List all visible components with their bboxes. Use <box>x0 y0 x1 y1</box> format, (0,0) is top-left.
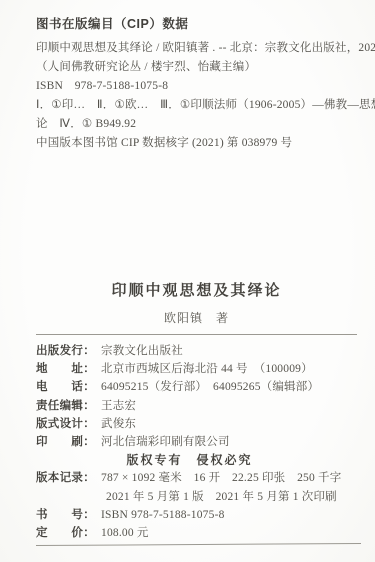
colophon-row-edition-record: 版本记录： 787 × 1092 毫米 16 开 22.25 印张 250 千字 <box>36 469 357 487</box>
colophon-row-address: 地 址： 北京市西城区后海北沿 44 号 （100009） <box>36 360 357 378</box>
row-value: 北京市西城区后海北沿 44 号 （100009） <box>101 360 313 378</box>
cip-block: 图书在版编目（CIP）数据 印顺中观思想及其绎论 / 欧阳镇著 . -- 北京：… <box>36 16 357 153</box>
cip-line-series: （人间佛教研究论丛 / 楼宇烈、怡藏主编） <box>36 58 357 77</box>
row-label: 电 话： <box>36 378 95 396</box>
colophon-row-printer: 印 刷： 河北信瑞彩印刷有限公司 <box>36 433 357 451</box>
copyright-notice: 版权专有 侵权必究 <box>36 451 357 469</box>
row-label: 印 刷： <box>36 433 95 451</box>
row-value: ISBN 978-7-5188-1075-8 <box>101 506 225 524</box>
row-label: 定 价： <box>36 524 95 542</box>
colophon-row-isbn: 书 号： ISBN 978-7-5188-1075-8 <box>36 506 357 524</box>
row-value: 787 × 1092 毫米 16 开 22.25 印张 250 千字 <box>101 469 341 487</box>
row-value: 108.00 元 <box>101 524 149 542</box>
row-value: 64095215（发行部） 64095265（编辑部） <box>101 378 319 396</box>
book-title: 印顺中观思想及其绎论 <box>36 279 357 300</box>
colophon-row-phone: 电 话： 64095215（发行部） 64095265（编辑部） <box>36 378 357 396</box>
cip-line-title: 印顺中观思想及其绎论 / 欧阳镇著 . -- 北京：宗教文化出版社，2021.2 <box>36 39 357 58</box>
title-block: 印顺中观思想及其绎论 欧阳镇 著 <box>36 279 357 326</box>
row-value: 武俊东 <box>101 415 136 433</box>
row-value: 宗教文化出版社 <box>101 342 183 360</box>
book-author: 欧阳镇 著 <box>36 309 357 326</box>
divider-top <box>36 334 357 335</box>
copyright-page: 图书在版编目（CIP）数据 印顺中观思想及其绎论 / 欧阳镇著 . -- 北京：… <box>0 0 375 562</box>
cip-heading: 图书在版编目（CIP）数据 <box>36 16 357 32</box>
cip-line-isbn: ISBN 978-7-5188-1075-8 <box>36 77 357 96</box>
row-label: 版式设计： <box>36 415 95 433</box>
divider-bottom <box>36 543 361 546</box>
colophon-row-editor: 责任编辑： 王志宏 <box>36 397 357 415</box>
colophon-row-edition-record-continued: 2021 年 5 月第 1 版 2021 年 5 月第 1 次印刷 <box>36 488 357 506</box>
colophon-row-publisher: 出版发行： 宗教文化出版社 <box>36 342 357 360</box>
row-value: 2021 年 5 月第 1 版 2021 年 5 月第 1 次印刷 <box>106 488 337 506</box>
row-label: 书 号： <box>36 506 95 524</box>
cip-line-classification-2: 论 Ⅳ．① B949.92 <box>36 115 357 134</box>
row-label: 责任编辑： <box>36 397 95 415</box>
row-label: 地 址： <box>36 360 95 378</box>
row-value: 河北信瑞彩印刷有限公司 <box>101 433 230 451</box>
row-value: 王志宏 <box>101 397 136 415</box>
row-label: 出版发行： <box>36 342 95 360</box>
cip-line-classification-1: Ⅰ．①印… Ⅱ．①欧… Ⅲ．①印顺法师（1906-2005）—佛教—思想评 <box>36 96 357 115</box>
cip-line-record-number: 中国版本图书馆 CIP 数据核字 (2021) 第 038979 号 <box>36 134 357 153</box>
colophon-row-layout-designer: 版式设计： 武俊东 <box>36 415 357 433</box>
row-label: 版本记录： <box>36 469 95 487</box>
colophon-block: 出版发行： 宗教文化出版社 地 址： 北京市西城区后海北沿 44 号 （1000… <box>36 342 357 542</box>
colophon-row-price: 定 价： 108.00 元 <box>36 524 357 542</box>
